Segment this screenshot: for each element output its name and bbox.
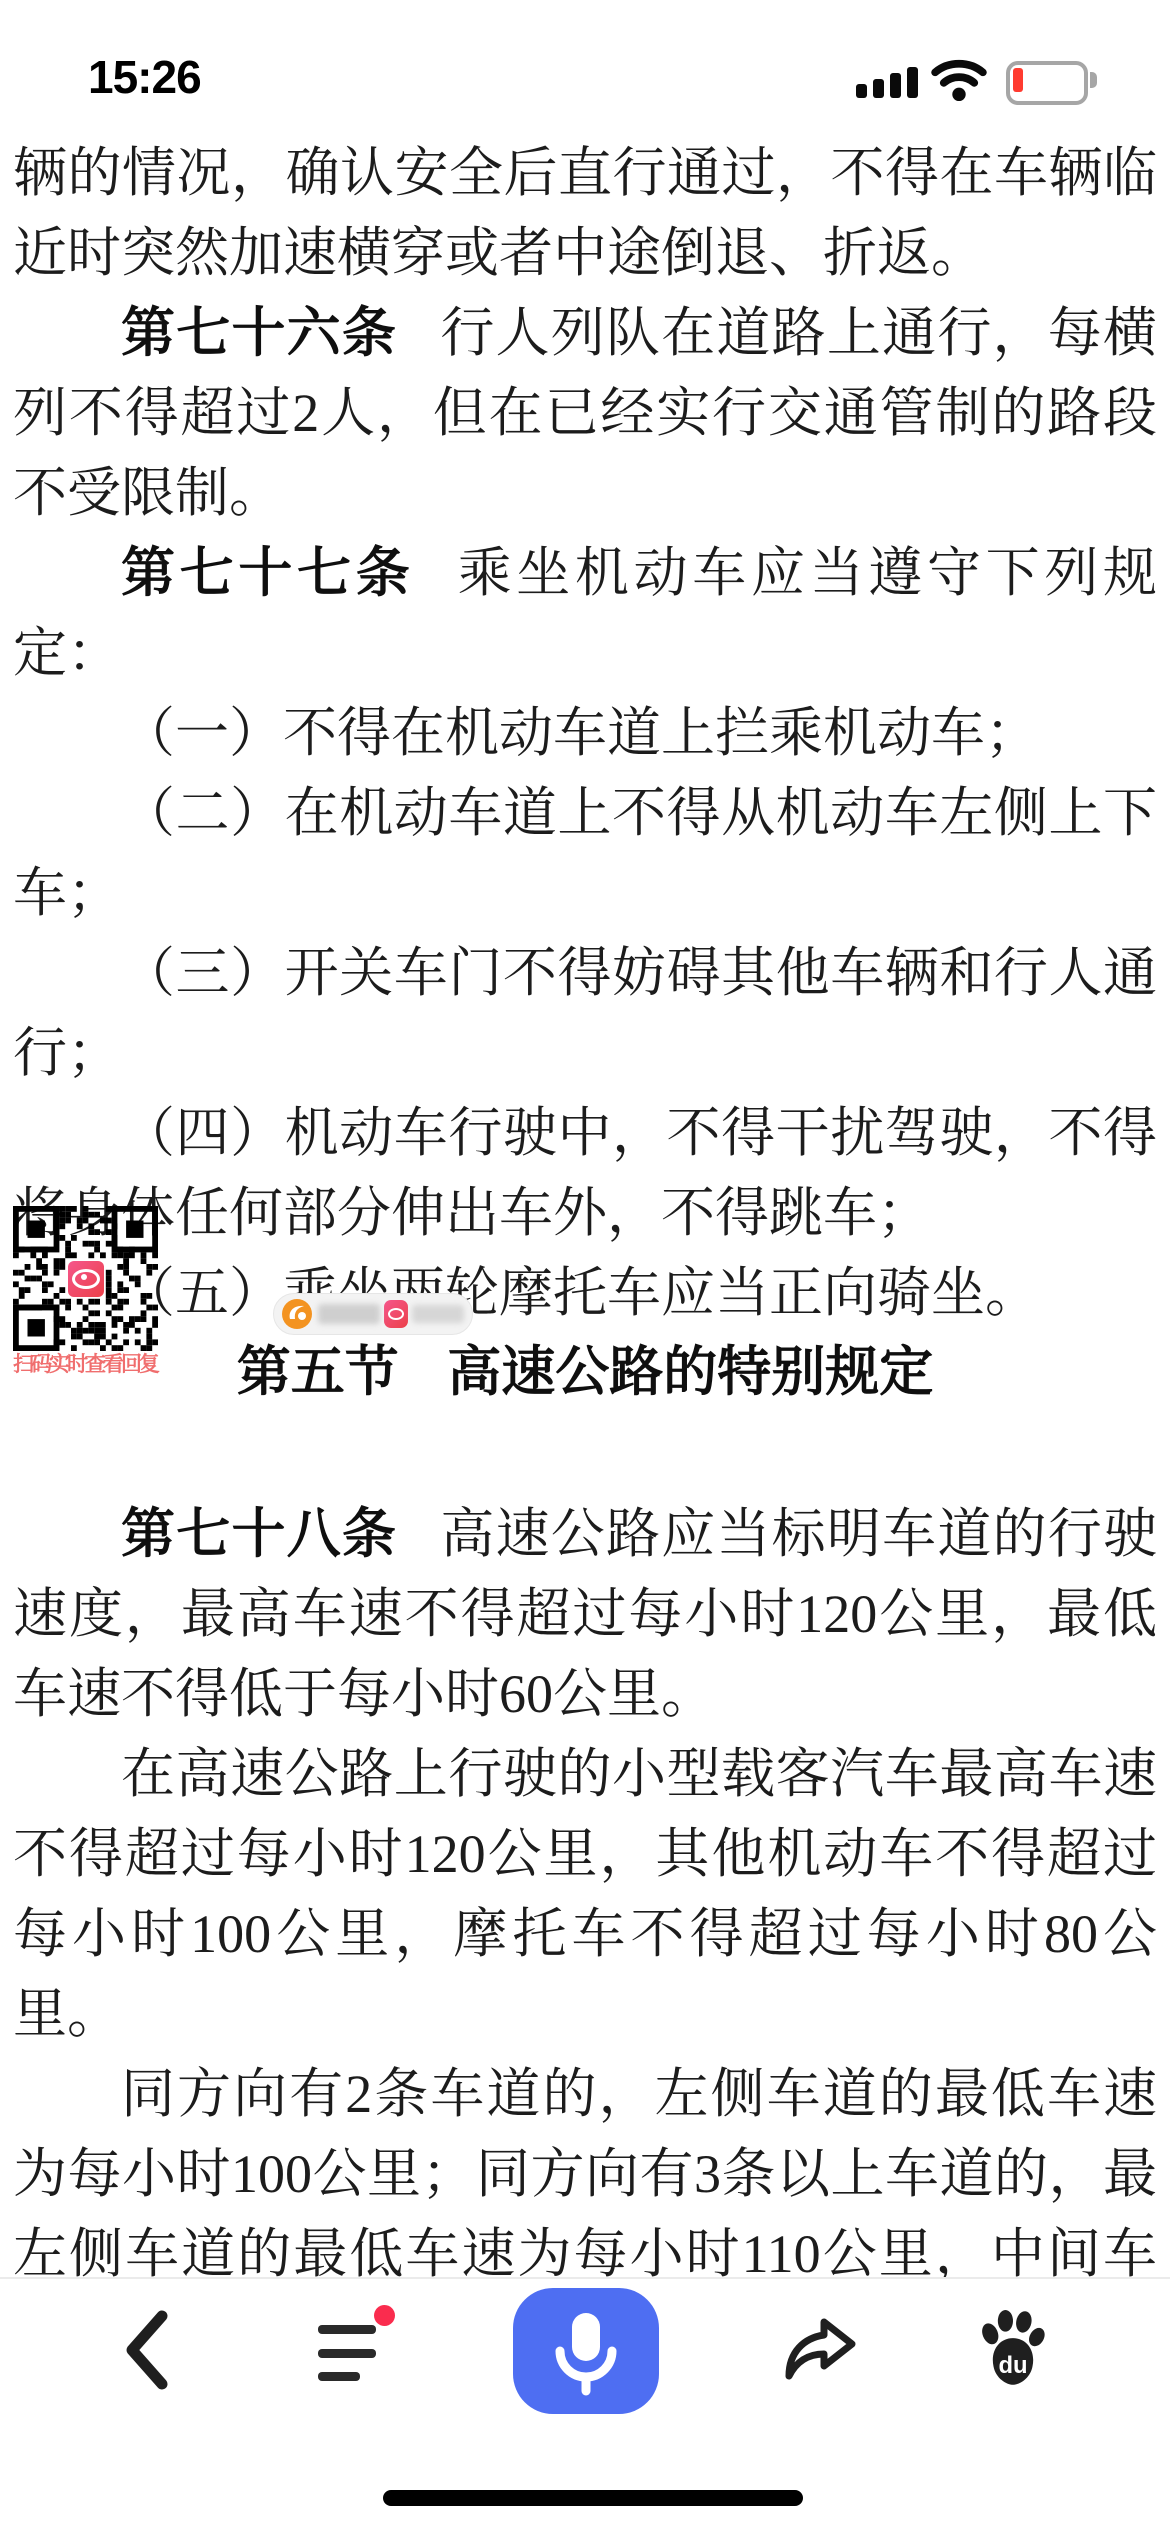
battery-level-red bbox=[1013, 68, 1023, 92]
home-indicator[interactable] bbox=[383, 2490, 803, 2506]
paragraph: 第七十七条乘坐机动车应当遵守下列规定： bbox=[13, 533, 1157, 693]
watermark-blurred-text bbox=[412, 1305, 464, 1323]
paragraph: 第七十八条高速公路应当标明车道的行驶速度，最高车速不得超过每小时120公里，最低… bbox=[13, 1494, 1157, 1734]
voice-search-button[interactable] bbox=[513, 2288, 659, 2414]
microphone-icon bbox=[536, 2301, 636, 2401]
status-time: 15:26 bbox=[88, 50, 201, 104]
paragraph: 第七十六条行人列队在道路上通行，每横列不得超过2人，但在已经实行交通管制的路段不… bbox=[13, 293, 1157, 533]
baidu-home-button[interactable]: du bbox=[980, 2310, 1046, 2388]
share-button[interactable] bbox=[780, 2310, 860, 2390]
orange-swirl-logo-icon bbox=[280, 1297, 314, 1331]
section-header: 第五节高速公路的特别规定 bbox=[0, 1332, 1170, 1412]
app-screen: 15:26 辆的情况，确认安全后直行通过，不得在车辆临近时突然加速横穿或者中途倒… bbox=[0, 0, 1170, 2532]
paragraph: 在高速公路上行驶的小型载客汽车最高车速不得超过每小时120公里，其他机动车不得超… bbox=[13, 1734, 1157, 2054]
paragraph: （三）开关车门不得妨碍其他车辆和行人通行； bbox=[13, 933, 1157, 1093]
qr-center-app-logo bbox=[68, 1261, 104, 1297]
notification-badge bbox=[374, 2305, 395, 2326]
pink-eye-app-logo-icon bbox=[384, 1300, 408, 1328]
paragraph: （一）不得在机动车道上拦乘机动车； bbox=[13, 693, 1157, 773]
watermark bbox=[273, 1293, 473, 1335]
cellular-signal-icon bbox=[856, 64, 918, 98]
qr-code bbox=[13, 1206, 158, 1351]
menu-lines-icon bbox=[318, 2325, 376, 2334]
wifi-icon bbox=[930, 58, 988, 107]
contents-button[interactable] bbox=[318, 2300, 398, 2384]
document-text-block-1: 辆的情况，确认安全后直行通过，不得在车辆临近时突然加速横穿或者中途倒退、折返。 … bbox=[13, 133, 1157, 1333]
paragraph: （二）在机动车道上不得从机动车左侧上下车； bbox=[13, 773, 1157, 933]
paragraph: 辆的情况，确认安全后直行通过，不得在车辆临近时突然加速横穿或者中途倒退、折返。 bbox=[13, 133, 1157, 293]
baidu-paw-icon: du bbox=[980, 2310, 1046, 2388]
paragraph: （五）乘坐两轮摩托车应当正向骑坐。 bbox=[13, 1253, 1157, 1333]
eye-icon bbox=[72, 1269, 100, 1289]
menu-lines-icon bbox=[318, 2349, 376, 2358]
battery-icon bbox=[1006, 61, 1102, 99]
paragraph: （四）机动车行驶中，不得干扰驾驶，不得将身体任何部分伸出车外，不得跳车； bbox=[13, 1093, 1157, 1253]
watermark-blurred-text bbox=[318, 1304, 380, 1324]
back-button[interactable] bbox=[120, 2308, 176, 2392]
svg-text:du: du bbox=[998, 2352, 1027, 2379]
menu-lines-icon bbox=[318, 2372, 360, 2381]
share-arrow-icon bbox=[780, 2310, 860, 2390]
chevron-left-icon bbox=[120, 2308, 176, 2392]
